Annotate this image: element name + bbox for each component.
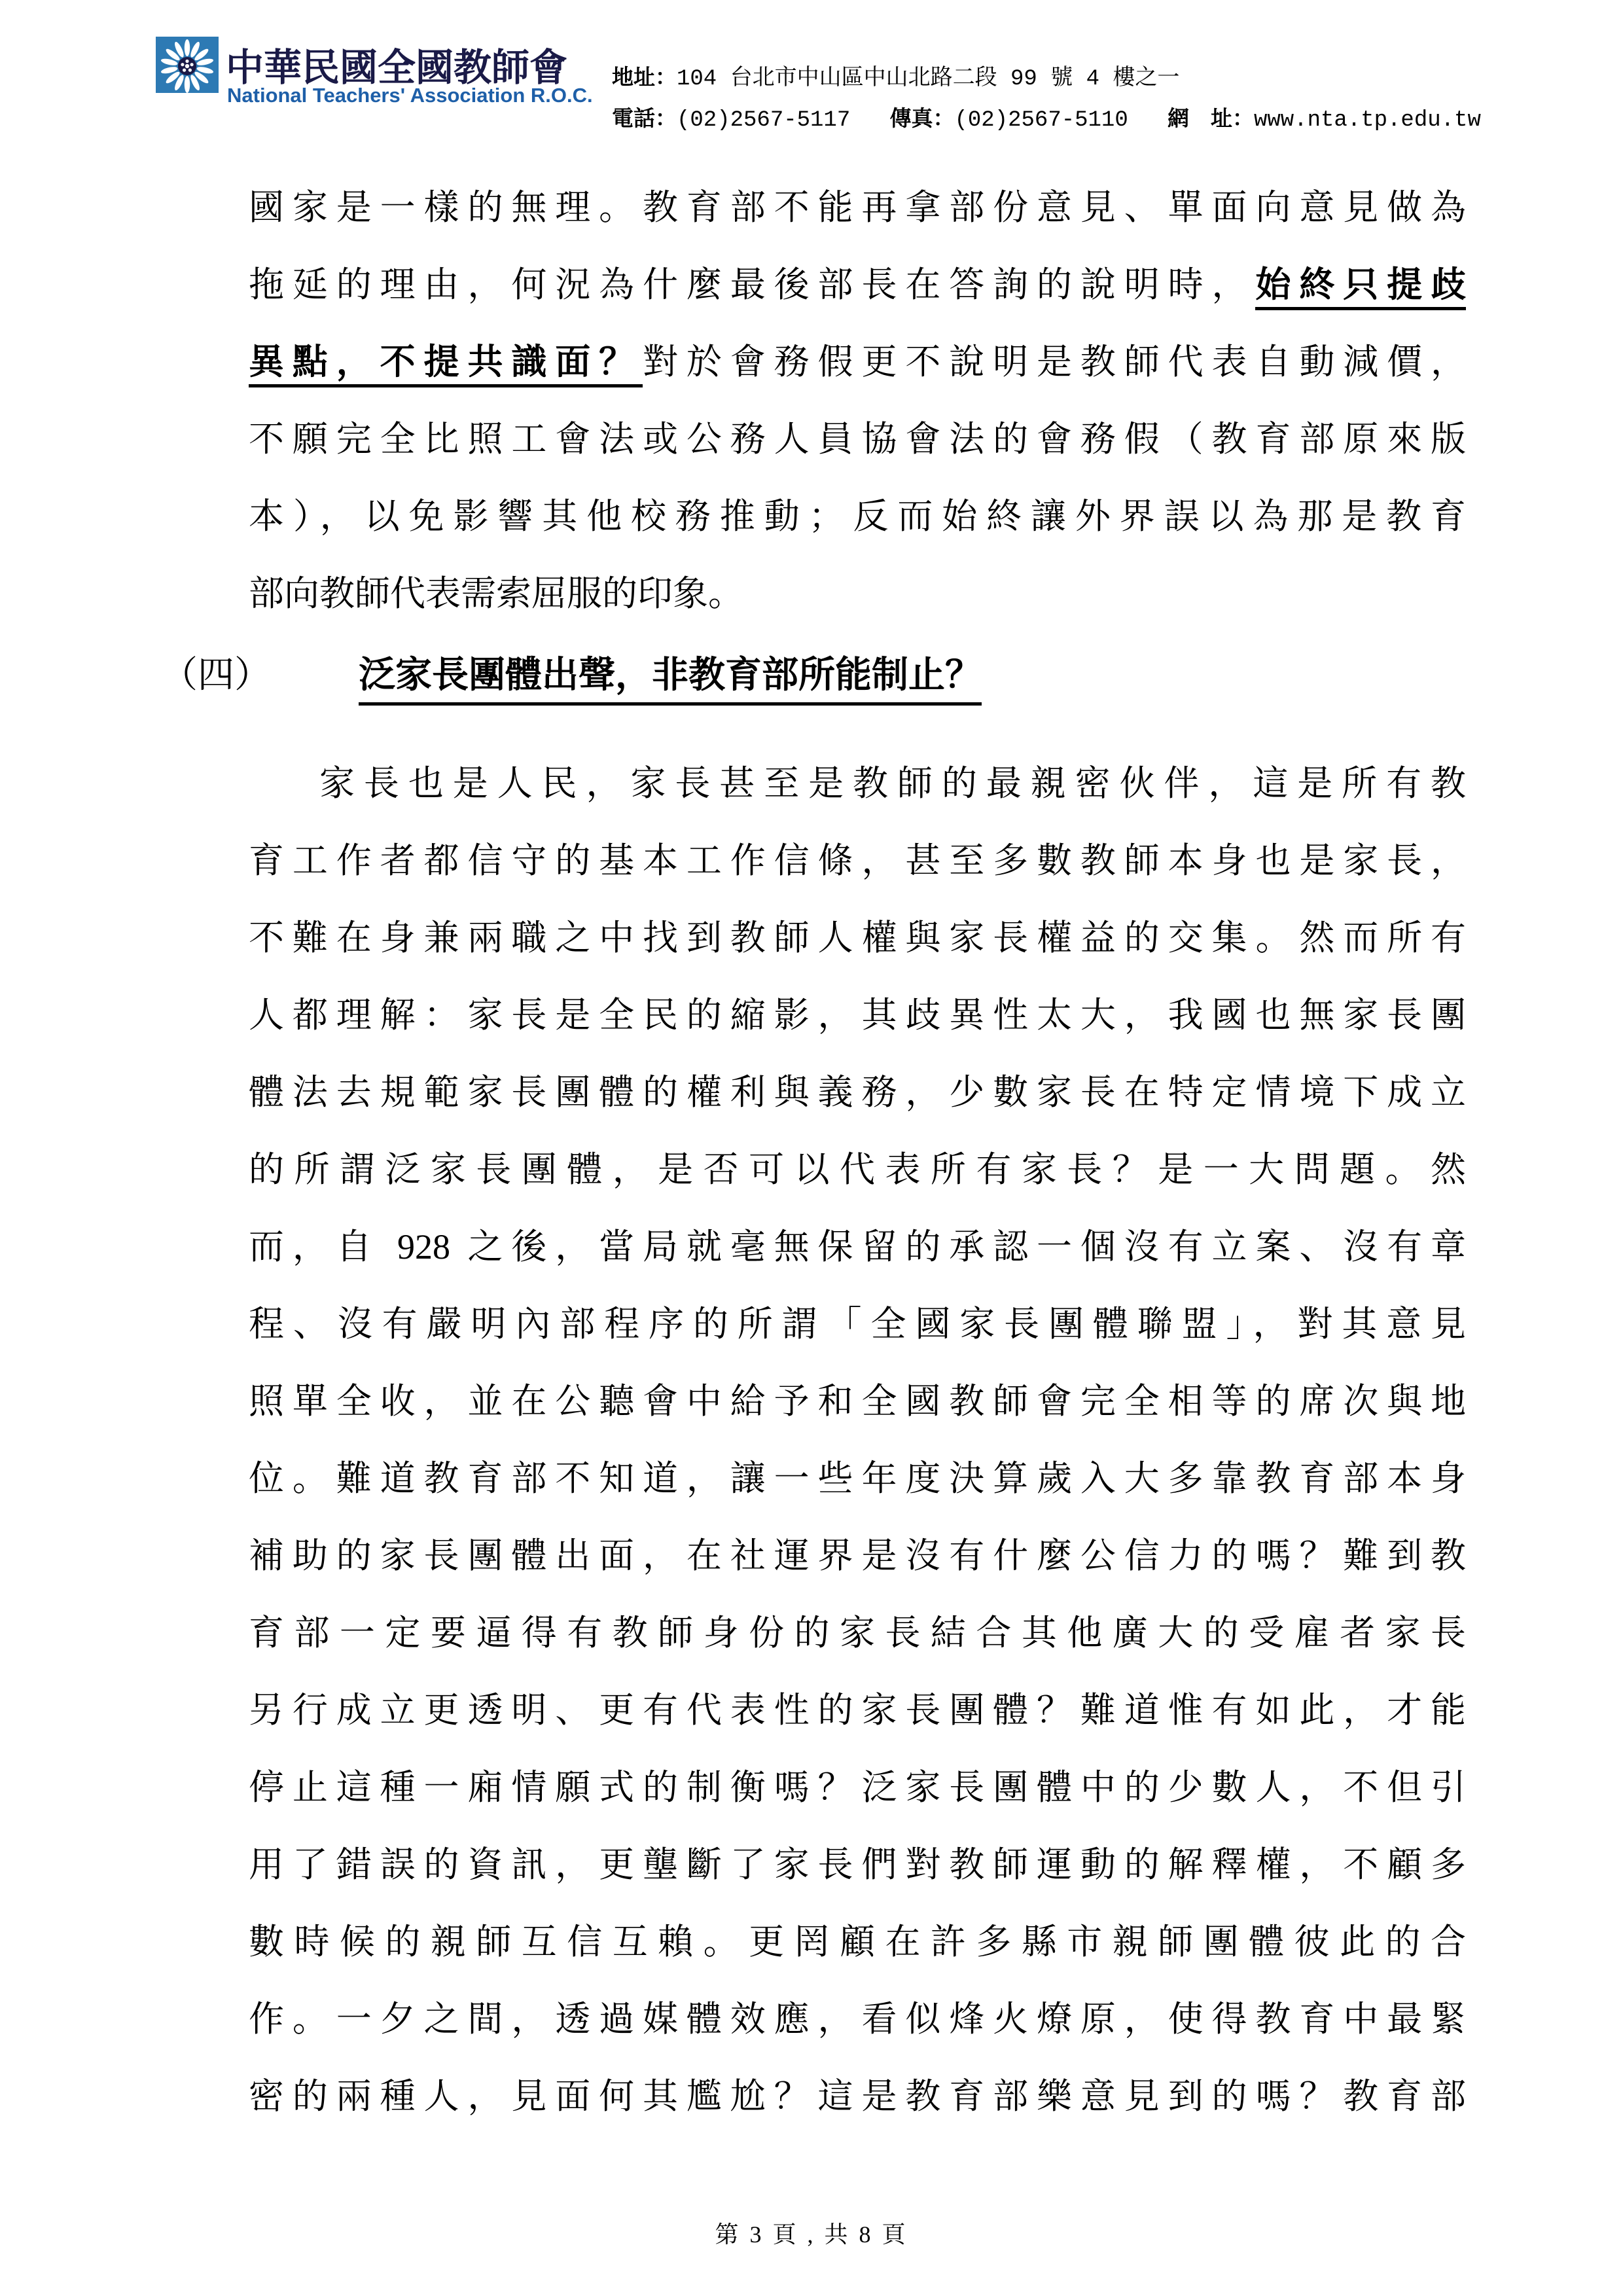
text-segment: 而，自 928 之後，當局就毫無保留的承認一個沒有立案、沒有章: [249, 1227, 1466, 1266]
text-segment: 對於會務假更不說明是教師代表自動減價，: [643, 342, 1466, 382]
text-segment: 照單全收，並在公聽會中給予和全國教師會完全相等的席次與地: [249, 1382, 1466, 1421]
fax-label: 傳真：: [890, 106, 955, 130]
text-segment: 程、沒有嚴明內部程序的所謂「全國家長團體聯盟」，對其意見: [249, 1304, 1466, 1344]
body-line: 人都理解：家長是全民的縮影，其歧異性太大，我國也無家長團: [249, 977, 1466, 1054]
document-body: 國家是一樣的無理。教育部不能再拿部份意見、單面向意見做為拖延的理由，何況為什麼最…: [249, 169, 1466, 2135]
body-line: 作。一夕之間，透過媒體效應，看似烽火燎原，使得教育中最緊: [249, 1981, 1466, 2058]
text-segment: 位。難道教育部不知道，讓一些年度決算歲入大多靠教育部本身: [249, 1459, 1466, 1498]
association-logo-icon: [156, 37, 219, 93]
body-line: 家長也是人民，家長甚至是教師的最親密伙伴，這是所有教: [249, 745, 1466, 822]
body-line: 而，自 928 之後，當局就毫無保留的承認一個沒有立案、沒有章: [249, 1208, 1466, 1285]
body-line: 用了錯誤的資訊，更壟斷了家長們對教師運動的解釋權，不顧多: [249, 1826, 1466, 1903]
body-line: 補助的家長團體出面，在社運界是沒有什麼公信力的嗎？難到教: [249, 1517, 1466, 1594]
body-line: 部向教師代表需索屈服的印象。: [249, 555, 1466, 632]
body-line: 密的兩種人，見面何其尷尬？這是教育部樂意見到的嗎？教育部: [249, 2058, 1466, 2135]
text-segment: 體法去規範家長團體的權利與義務，少數家長在特定情境下成立: [249, 1073, 1466, 1112]
body-line: 拖延的理由，何況為什麼最後部長在答詢的說明時，始終只提歧: [249, 246, 1466, 323]
text-segment: 育工作者都信守的基本工作信條，甚至多數教師本身也是家長，: [249, 841, 1466, 880]
text-segment: 的所謂泛家長團體，是否可以代表所有家長？是一大問題。然: [249, 1150, 1466, 1189]
address-row: 地址：104 台北市中山區中山北路二段 99 號 4 樓之一: [612, 63, 1481, 94]
phone-label: 電話：: [612, 106, 677, 130]
emphasized-text: 始終只提歧: [1255, 265, 1466, 310]
body-line: 另行成立更透明、更有代表性的家長團體？難道惟有如此，才能: [249, 1672, 1466, 1749]
web-value: www.nta.tp.edu.tw: [1254, 108, 1481, 133]
body-line: 位。難道教育部不知道，讓一些年度決算歲入大多靠教育部本身: [249, 1440, 1466, 1517]
text-segment: 用了錯誤的資訊，更壟斷了家長們對教師運動的解釋權，不顧多: [249, 1845, 1466, 1884]
document-page: 中華民國全國教師會 National Teachers' Association…: [0, 0, 1623, 2296]
section-marker: （四）: [161, 649, 359, 702]
text-segment: 補助的家長團體出面，在社運界是沒有什麼公信力的嗎？難到教: [249, 1536, 1466, 1575]
body-line: 異點，不提共識面？對於會務假更不說明是教師代表自動減價，: [249, 323, 1466, 401]
paragraph-2: 家長也是人民，家長甚至是教師的最親密伙伴，這是所有教育工作者都信守的基本工作信條…: [249, 745, 1466, 2135]
paragraph-1: 國家是一樣的無理。教育部不能再拿部份意見、單面向意見做為拖延的理由，何況為什麼最…: [249, 169, 1466, 632]
phone-value: (02)2567-5117: [677, 108, 850, 133]
text-segment: 拖延的理由，何況為什麼最後部長在答詢的說明時，: [249, 265, 1255, 304]
section-heading-4: （四）泛家長團體出聲，非教育部所能制止？: [161, 649, 1466, 702]
fax-value: (02)2567-5110: [955, 108, 1128, 133]
body-line: 數時候的親師互信互賴。更罔顧在許多縣市親師團體彼此的合: [249, 1903, 1466, 1981]
text-segment: 不難在身兼兩職之中找到教師人權與家長權益的交集。然而所有: [249, 918, 1466, 958]
body-line: 育工作者都信守的基本工作信條，甚至多數教師本身也是家長，: [249, 822, 1466, 899]
text-segment: 國家是一樣的無理。教育部不能再拿部份意見、單面向意見做為: [249, 188, 1466, 227]
emphasized-text: 異點，不提共識面？: [249, 342, 643, 387]
web-label: 網 址：: [1168, 106, 1254, 130]
text-segment: 不願完全比照工會法或公務人員協會法的會務假（教育部原來版: [249, 420, 1466, 459]
text-segment: 密的兩種人，見面何其尷尬？這是教育部樂意見到的嗎？教育部: [249, 2077, 1466, 2116]
text-segment: 數時候的親師互信互賴。更罔顧在許多縣市親師團體彼此的合: [249, 1922, 1466, 1962]
body-line: 體法去規範家長團體的權利與義務，少數家長在特定情境下成立: [249, 1054, 1466, 1131]
text-segment: 部向教師代表需索屈服的印象。: [249, 574, 743, 613]
address-value: 104 台北市中山區中山北路二段 99 號 4 樓之一: [677, 67, 1179, 92]
text-segment: 作。一夕之間，透過媒體效應，看似烽火燎原，使得教育中最緊: [249, 2000, 1466, 2039]
body-line: 停止這種一廂情願式的制衡嗎？泛家長團體中的少數人，不但引: [249, 1749, 1466, 1826]
page-number-footer: 第 3 頁 , 共 8 頁: [0, 2216, 1623, 2250]
body-line: 本），以免影響其他校務推動；反而始終讓外界誤以為那是教育: [249, 478, 1466, 555]
address-label: 地址：: [612, 65, 677, 89]
text-segment: 本），以免影響其他校務推動；反而始終讓外界誤以為那是教育: [249, 497, 1466, 536]
text-segment: 停止這種一廂情願式的制衡嗎？泛家長團體中的少數人，不但引: [249, 1768, 1466, 1807]
body-line: 照單全收，並在公聽會中給予和全國教師會完全相等的席次與地: [249, 1363, 1466, 1440]
body-line: 不願完全比照工會法或公務人員協會法的會務假（教育部原來版: [249, 401, 1466, 478]
section-title: 泛家長團體出聲，非教育部所能制止？: [359, 655, 982, 706]
org-name-english: National Teachers' Association R.O.C.: [227, 84, 593, 107]
contact-info: 地址：104 台北市中山區中山北路二段 99 號 4 樓之一 電話：(02)25…: [612, 63, 1481, 145]
body-line: 的所謂泛家長團體，是否可以代表所有家長？是一大問題。然: [249, 1131, 1466, 1208]
phone-fax-web-row: 電話：(02)2567-5117 傳真：(02)2567-5110 網 址：ww…: [612, 104, 1481, 135]
text-segment: 人都理解：家長是全民的縮影，其歧異性太大，我國也無家長團: [249, 996, 1466, 1035]
body-line: 程、沒有嚴明內部程序的所謂「全國家長團體聯盟」，對其意見: [249, 1285, 1466, 1363]
text-segment: 另行成立更透明、更有代表性的家長團體？難道惟有如此，才能: [249, 1691, 1466, 1730]
body-line: 不難在身兼兩職之中找到教師人權與家長權益的交集。然而所有: [249, 899, 1466, 977]
text-segment: 家長也是人民，家長甚至是教師的最親密伙伴，這是所有教: [319, 764, 1466, 803]
body-line: 育部一定要逼得有教師身份的家長結合其他廣大的受雇者家長: [249, 1594, 1466, 1672]
text-segment: 育部一定要逼得有教師身份的家長結合其他廣大的受雇者家長: [249, 1613, 1466, 1653]
body-line: 國家是一樣的無理。教育部不能再拿部份意見、單面向意見做為: [249, 169, 1466, 246]
